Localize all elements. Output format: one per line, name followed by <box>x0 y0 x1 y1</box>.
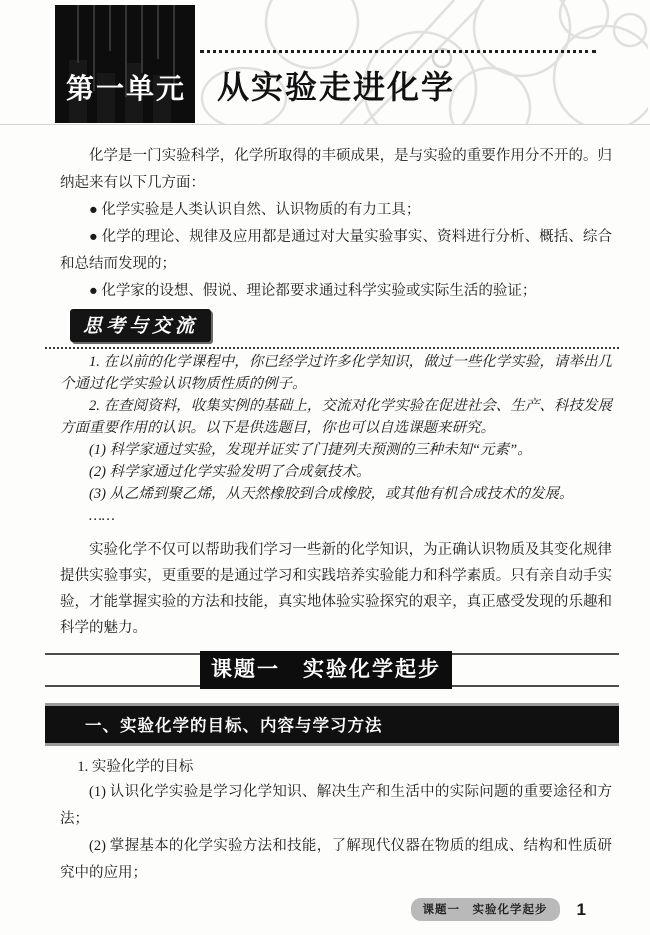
think-item: 2. 在查阅资料，收集实例的基础上，交流对化学实验在促进社会、生产、科技发展方面… <box>60 395 612 439</box>
section-heading-bar: 一、实验化学的目标、内容与学习方法 <box>45 703 619 746</box>
think-item: (2) 科学家通过化学实验发明了合成氨技术。 <box>60 461 612 483</box>
think-exchange-body: 1. 在以前的化学课程中，你已经学过许多化学知识，做过一些化学实验，请举出几个通… <box>60 351 612 527</box>
think-item: (1) 科学家通过实验，发现并证实了门捷列夫预测的三种未知“元素”。 <box>60 439 612 461</box>
bullet-icon: ● <box>89 229 98 245</box>
unit-header: 第一单元 从实验走进化学 <box>0 0 650 125</box>
page-footer: 课题一 实验化学起步 1 <box>411 898 586 921</box>
textbook-page: 第一单元 从实验走进化学 化学是一门实验科学，化学所取得的丰硕成果，是与实验的重… <box>0 0 650 935</box>
think-item-ellipsis: …… <box>60 505 612 527</box>
unit-number-box: 第一单元 <box>55 5 195 123</box>
intro-bullet: ● 化学的理论、规律及应用都是通过对大量实验事实、资料进行分析、概括、综合和总结… <box>60 224 612 278</box>
topic-banner: 课题一 实验化学起步 <box>200 651 452 689</box>
think-item: (3) 从乙烯到聚乙烯，从天然橡胶到合成橡胶，或其他有机合成技术的发展。 <box>60 483 612 505</box>
intro-paragraph: 化学是一门实验科学，化学所取得的丰硕成果，是与实验的重要作用分不开的。归纳起来有… <box>60 143 612 197</box>
intro-bullet: ● 化学家的设想、假说、理论都要求通过科学实验或实际生活的验证； <box>60 278 612 305</box>
page-content: 化学是一门实验科学，化学所取得的丰硕成果，是与实验的重要作用分不开的。归纳起来有… <box>0 143 650 887</box>
topic-banner-strip: 课题一 实验化学起步 <box>45 653 619 687</box>
unit-number-label: 第一单元 <box>66 67 186 107</box>
page-number: 1 <box>577 900 586 920</box>
header-dotted-line <box>200 50 596 53</box>
footer-topic-pill: 课题一 实验化学起步 <box>411 898 560 921</box>
subsection-title: 1. 实验化学的目标 <box>60 755 612 779</box>
goal-item: (1) 认识化学实验是学习化学知识、解决生产和生活中的实际问题的重要途径和方法； <box>60 779 612 833</box>
dotted-separator <box>45 347 619 349</box>
header-underline <box>0 124 650 125</box>
closing-paragraph: 实验化学不仅可以帮助我们学习一些新的化学知识，为正确认识物质及其变化规律提供实验… <box>60 537 612 641</box>
think-exchange-banner: 思考与交流 <box>70 309 211 342</box>
think-item: 1. 在以前的化学课程中，你已经学过许多化学知识，做过一些化学实验，请举出几个通… <box>60 351 612 395</box>
intro-bullet: ● 化学实验是人类认识自然、认识物质的有力工具； <box>60 197 612 224</box>
bullet-icon: ● <box>89 283 98 299</box>
unit-title: 从实验走进化学 <box>217 62 455 108</box>
bullet-icon: ● <box>89 202 98 218</box>
goal-item: (2) 掌握基本的化学实验方法和技能，了解现代仪器在物质的组成、结构和性质研究中… <box>60 833 612 887</box>
